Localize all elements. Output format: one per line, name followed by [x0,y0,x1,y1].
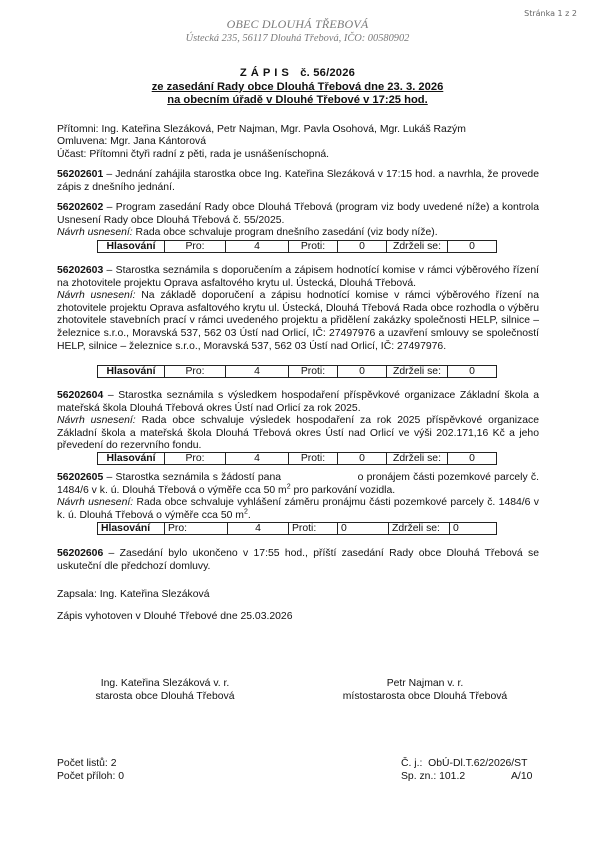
vote-table: Hlasování Pro: 4 Proti: 0 Zdrželi se: 0 [97,240,497,253]
vote-for-count: 4 [226,453,289,465]
agenda-item: 56202601 – Jednání zahájila starostka ob… [57,169,539,194]
item-number: 56202601 [57,169,103,180]
vote-against-count: 0 [338,523,389,535]
signature-name: Petr Najman v. r. [330,678,520,691]
vote-table: Hlasování Pro: 4 Proti: 0 Zdrželi se: 0 [97,452,497,465]
agenda-item: 56202605 – Starostka seznámila s žádostí… [57,472,539,522]
item-number: 56202604 [57,390,103,401]
agenda-item: 56202602 – Program zasedání Rady obce Dl… [57,202,539,240]
retention-mark: A/10 [511,771,532,784]
minutes-number: č. 56/2026 [300,67,355,79]
signature-deputy: Petr Najman v. r. místostarosta obce Dlo… [330,678,520,703]
recorded-by: Zapsala: Ing. Kateřina Slezáková [57,589,539,602]
vote-abstain-count: 0 [448,366,497,378]
vote-for-label: Pro: [165,523,228,535]
vote-for-count: 4 [228,523,289,535]
present-members: Přítomni: Ing. Kateřina Slezáková, Petr … [57,124,539,136]
title-meeting-line: ze zasedání Rady obce Dlouhá Třebová dne… [0,81,595,95]
vote-against-label: Proti: [289,366,338,378]
item-text: – Zasedání bylo ukončeno v 17:55 hod., p… [57,548,539,572]
footer-right: Č. j.: ObÚ-Dl.T.62/2026/ST Sp. zn.: 101.… [401,758,541,783]
reference-number: Č. j.: ObÚ-Dl.T.62/2026/ST [401,758,541,771]
vote-against-count: 0 [338,241,387,253]
municipality-name: OBEC DLOUHÁ TŘEBOVÁ [0,17,595,32]
agenda-item: 56202604 – Starostka seznámila s výsledk… [57,390,539,453]
footer-left: Počet listů: 2 Počet příloh: 0 [57,758,124,783]
proposal-label: Návrh usnesení: [57,415,136,426]
excused-members: Omluvena: Mgr. Jana Kántorová [57,136,539,148]
attachment-count: Počet příloh: 0 [57,771,124,784]
title-location-line: na obecním úřadě v Dlouhé Třebové v 17:2… [0,94,595,108]
signature-name: Ing. Kateřina Slezáková v. r. [75,678,255,691]
item-number: 56202603 [57,265,103,276]
vote-for-label: Pro: [165,366,226,378]
item-text: – Program zasedání Rady obce Dlouhá Třeb… [57,202,539,226]
vote-for-label: Pro: [165,453,226,465]
vote-abstain-count: 0 [450,523,497,535]
vote-header: Hlasování [98,366,165,378]
vote-table: Hlasování Pro: 4 Proti: 0 Zdrželi se: 0 [97,365,497,378]
proposal-text: Rada obce schvaluje program dnešního zas… [133,227,438,238]
vote-against-label: Proti: [289,523,338,535]
item-number: 56202606 [57,548,103,559]
vote-against-count: 0 [338,366,387,378]
signature-mayor: Ing. Kateřina Slezáková v. r. starosta o… [75,678,255,703]
vote-abstain-count: 0 [448,241,497,253]
proposal-label: Návrh usnesení: [57,227,133,238]
agenda-item: 56202606 – Zasedání bylo ukončeno v 17:5… [57,548,539,573]
item-text: – Starostka seznámila s žádostí pana [103,472,281,483]
item-text: – Starostka seznámila s výsledkem hospod… [57,390,539,414]
vote-for-label: Pro: [165,241,226,253]
vote-abstain-label: Zdrželi se: [387,453,448,465]
title-label: ZÁPIS [240,67,293,79]
item-number: 56202605 [57,472,103,483]
vote-abstain-label: Zdrželi se: [389,523,450,535]
proposal-label: Návrh usnesení: [57,497,133,508]
vote-for-count: 4 [226,366,289,378]
sheet-count: Počet listů: 2 [57,758,124,771]
agenda-item: 56202603 – Starostka seznámila s doporuč… [57,265,539,353]
file-mark: Sp. zn.: 101.2 [401,771,465,782]
vote-header: Hlasování [98,523,165,535]
item-text: – Jednání zahájila starostka obce Ing. K… [57,169,539,193]
prepared-statement: Zápis vyhotoven v Dlouhé Třebové dne 25.… [57,611,539,624]
proposal-label: Návrh usnesení: [57,290,136,301]
vote-abstain-label: Zdrželi se: [387,366,448,378]
item-text: – Starostka seznámila s doporučením a zá… [57,265,539,289]
vote-header: Hlasování [98,241,165,253]
vote-against-label: Proti: [289,241,338,253]
vote-header: Hlasování [98,453,165,465]
quorum-statement: Účast: Přítomni čtyři radní z pěti, rada… [57,149,539,161]
vote-for-count: 4 [226,241,289,253]
signature-role: místostarosta obce Dlouhá Třebová [330,691,520,704]
vote-table: Hlasování Pro: 4 Proti: 0 Zdrželi se: 0 [97,522,497,535]
document-title: ZÁPIS č. 56/2026 ze zasedání Rady obce D… [0,67,595,108]
item-number: 56202602 [57,202,103,213]
vote-abstain-count: 0 [448,453,497,465]
municipality-address: Ústecká 235, 56117 Dlouhá Třebová, IČO: … [0,33,595,44]
signature-role: starosta obce Dlouhá Třebová [75,691,255,704]
vote-abstain-label: Zdrželi se: [387,241,448,253]
attendance: Přítomni: Ing. Kateřina Slezáková, Petr … [57,124,539,161]
vote-against-label: Proti: [289,453,338,465]
letterhead: OBEC DLOUHÁ TŘEBOVÁ Ústecká 235, 56117 D… [0,17,595,44]
vote-against-count: 0 [338,453,387,465]
